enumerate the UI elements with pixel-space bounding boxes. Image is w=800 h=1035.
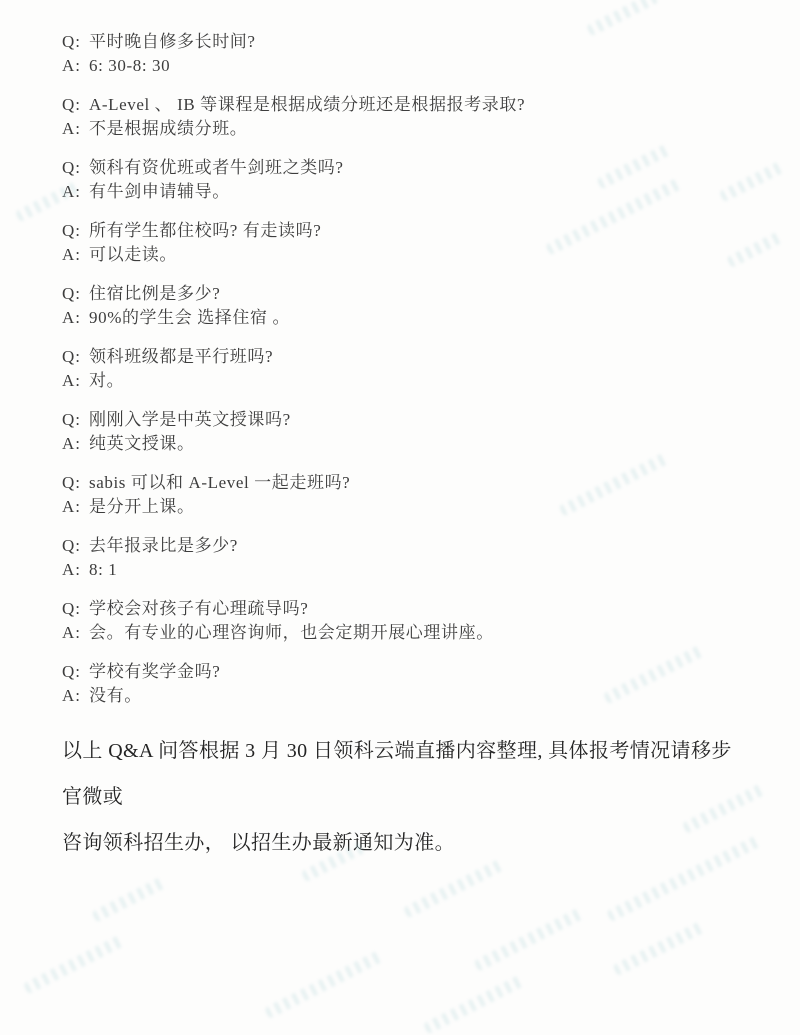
- answer-row: A: 纯英文授课。: [62, 432, 742, 456]
- question-text: 领科班级都是平行班吗?: [89, 345, 273, 369]
- question-label: Q:: [62, 219, 89, 243]
- question-row: Q: 住宿比例是多少?: [62, 282, 742, 306]
- answer-label: A:: [62, 495, 89, 519]
- question-label: Q:: [62, 282, 89, 306]
- answer-label: A:: [62, 54, 89, 78]
- answer-row: A: 有牛剑申请辅导。: [62, 180, 742, 204]
- question-row: Q: 刚刚入学是中英文授课吗?: [62, 408, 742, 432]
- question-text: 住宿比例是多少?: [89, 282, 220, 306]
- watermark-mark: [474, 906, 586, 971]
- question-text: 所有学生都住校吗? 有走读吗?: [89, 219, 321, 243]
- document-page: Q: 平时晚自修多长时间? A: 6: 30-8: 30 Q: A-Level …: [0, 0, 800, 1035]
- qa-item: Q: 平时晚自修多长时间? A: 6: 30-8: 30: [62, 30, 742, 78]
- question-row: Q: 学校有奖学金吗?: [62, 660, 742, 684]
- answer-text: 会。有专业的心理咨询师，也会定期开展心理讲座。: [89, 621, 494, 645]
- qa-item: Q: 去年报录比是多少? A: 8: 1: [62, 534, 742, 582]
- qa-item: Q: 学校有奖学金吗? A: 没有。: [62, 660, 742, 708]
- qa-item: Q: sabis 可以和 A-Level 一起走班吗? A: 是分开上课。: [62, 471, 742, 519]
- answer-text: 8: 1: [89, 558, 117, 582]
- answer-text: 有牛剑申请辅导。: [89, 180, 230, 204]
- answer-text: 6: 30-8: 30: [89, 54, 170, 78]
- answer-row: A: 可以走读。: [62, 243, 742, 267]
- question-row: Q: 所有学生都住校吗? 有走读吗?: [62, 219, 742, 243]
- answer-text: 不是根据成绩分班。: [89, 117, 247, 141]
- question-text: 学校有奖学金吗?: [89, 660, 220, 684]
- qa-item: Q: 学校会对孩子有心理疏导吗? A: 会。有专业的心理咨询师，也会定期开展心理…: [62, 597, 742, 645]
- watermark-mark: [23, 934, 126, 995]
- answer-text: 对。: [89, 369, 124, 393]
- watermark-mark: [613, 920, 708, 976]
- question-row: Q: 学校会对孩子有心理疏导吗?: [62, 597, 742, 621]
- answer-label: A:: [62, 684, 89, 708]
- question-label: Q:: [62, 660, 89, 684]
- question-text: 去年报录比是多少?: [89, 534, 238, 558]
- qa-item: Q: 领科班级都是平行班吗? A: 对。: [62, 345, 742, 393]
- question-label: Q:: [62, 345, 89, 369]
- question-row: Q: 领科有资优班或者牛剑班之类吗?: [62, 156, 742, 180]
- answer-text: 没有。: [89, 684, 142, 708]
- answer-text: 纯英文授课。: [89, 432, 195, 456]
- question-label: Q:: [62, 471, 89, 495]
- answer-row: A: 是分开上课。: [62, 495, 742, 519]
- answer-label: A:: [62, 558, 89, 582]
- answer-text: 可以走读。: [89, 243, 177, 267]
- answer-label: A:: [62, 621, 89, 645]
- watermark-mark: [403, 858, 506, 919]
- qa-item: Q: 刚刚入学是中英文授课吗? A: 纯英文授课。: [62, 408, 742, 456]
- answer-row: A: 没有。: [62, 684, 742, 708]
- qa-item: Q: 所有学生都住校吗? 有走读吗? A: 可以走读。: [62, 219, 742, 267]
- answer-text: 是分开上课。: [89, 495, 195, 519]
- question-label: Q:: [62, 30, 89, 54]
- question-row: Q: A-Level 、 IB 等课程是根据成绩分班还是根据报考录取?: [62, 93, 742, 117]
- question-text: A-Level 、 IB 等课程是根据成绩分班还是根据报考录取?: [89, 93, 525, 117]
- answer-row: A: 90%的学生会 选择住宿 。: [62, 306, 742, 330]
- answer-label: A:: [62, 180, 89, 204]
- question-label: Q:: [62, 597, 89, 621]
- answer-label: A:: [62, 432, 89, 456]
- question-label: Q:: [62, 408, 89, 432]
- question-row: Q: 平时晚自修多长时间?: [62, 30, 742, 54]
- answer-row: A: 8: 1: [62, 558, 742, 582]
- qa-item: Q: 住宿比例是多少? A: 90%的学生会 选择住宿 。: [62, 282, 742, 330]
- question-text: 领科有资优班或者牛剑班之类吗?: [89, 156, 344, 180]
- answer-row: A: 6: 30-8: 30: [62, 54, 742, 78]
- qa-list: Q: 平时晚自修多长时间? A: 6: 30-8: 30 Q: A-Level …: [0, 0, 800, 708]
- watermark-mark: [264, 949, 385, 1019]
- question-text: sabis 可以和 A-Level 一起走班吗?: [89, 471, 350, 495]
- watermark-mark: [92, 875, 169, 922]
- question-label: Q:: [62, 534, 89, 558]
- question-text: 刚刚入学是中英文授课吗?: [89, 408, 291, 432]
- question-row: Q: sabis 可以和 A-Level 一起走班吗?: [62, 471, 742, 495]
- qa-item: Q: A-Level 、 IB 等课程是根据成绩分班还是根据报考录取? A: 不…: [62, 93, 742, 141]
- watermark-mark: [423, 974, 526, 1035]
- answer-label: A:: [62, 243, 89, 267]
- footer-line: 以上 Q&A 问答根据 3 月 30 日领科云端直播内容整理, 具体报考情况请移…: [62, 728, 744, 820]
- answer-row: A: 对。: [62, 369, 742, 393]
- answer-text: 90%的学生会 选择住宿 。: [89, 306, 290, 330]
- question-label: Q:: [62, 93, 89, 117]
- question-row: Q: 领科班级都是平行班吗?: [62, 345, 742, 369]
- answer-label: A:: [62, 117, 89, 141]
- question-row: Q: 去年报录比是多少?: [62, 534, 742, 558]
- answer-row: A: 不是根据成绩分班。: [62, 117, 742, 141]
- question-text: 平时晚自修多长时间?: [89, 30, 256, 54]
- footer-note: 以上 Q&A 问答根据 3 月 30 日领科云端直播内容整理, 具体报考情况请移…: [62, 728, 744, 866]
- footer-line: 咨询领科招生办， 以招生办最新通知为准。: [62, 820, 744, 866]
- answer-label: A:: [62, 306, 89, 330]
- question-label: Q:: [62, 156, 89, 180]
- qa-item: Q: 领科有资优班或者牛剑班之类吗? A: 有牛剑申请辅导。: [62, 156, 742, 204]
- answer-row: A: 会。有专业的心理咨询师，也会定期开展心理讲座。: [62, 621, 742, 645]
- question-text: 学校会对孩子有心理疏导吗?: [89, 597, 308, 621]
- answer-label: A:: [62, 369, 89, 393]
